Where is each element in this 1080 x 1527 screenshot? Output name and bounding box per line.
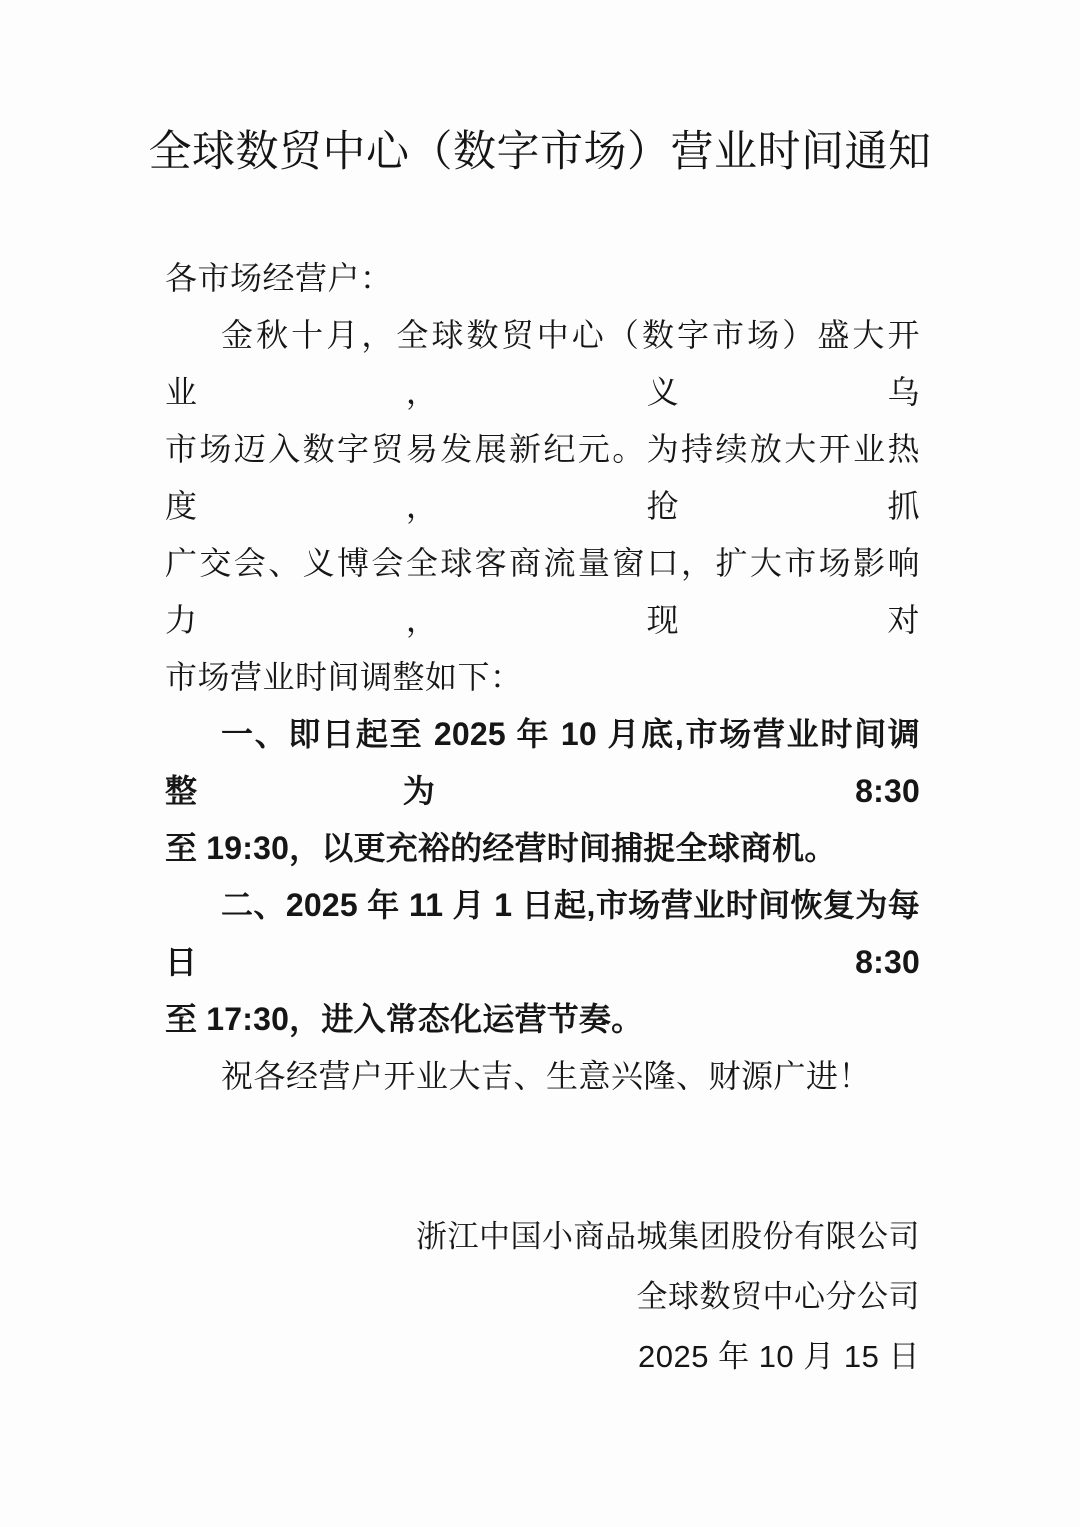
notice-document: 全球数贸中心（数字市场）营业时间通知 各市场经营户： 金秋十月，全球数贸中心（数… xyxy=(0,0,1080,1527)
item-2-line: 至 17:30，进入常态化运营节奏。 xyxy=(165,991,920,1048)
body-line: 市场迈入数字贸易发展新纪元。为持续放大开业热度，抢抓 xyxy=(165,421,920,535)
signature-company: 浙江中国小商品城集团股份有限公司 xyxy=(165,1207,920,1267)
notice-title: 全球数贸中心（数字市场）营业时间通知 xyxy=(0,0,1080,180)
item-1-line: 一、即日起至 2025 年 10 月底,市场营业时间调整为 8:30 xyxy=(165,706,920,820)
closing-wish: 祝各经营户开业大吉、生意兴隆、财源广进！ xyxy=(165,1048,920,1105)
body-line: 广交会、义博会全球客商流量窗口，扩大市场影响力，现对 xyxy=(165,535,920,649)
item-1-line: 至 19:30，以更充裕的经营时间捕捉全球商机。 xyxy=(165,820,920,877)
item-2-line: 二、2025 年 11 月 1 日起,市场营业时间恢复为每日 8:30 xyxy=(165,877,920,991)
signature-date: 2025 年 10 月 15 日 xyxy=(165,1327,920,1387)
body-line: 市场营业时间调整如下： xyxy=(165,649,920,706)
signature-block: 浙江中国小商品城集团股份有限公司 全球数贸中心分公司 2025 年 10 月 1… xyxy=(165,1207,920,1387)
salutation: 各市场经营户： xyxy=(165,250,920,307)
signature-branch: 全球数贸中心分公司 xyxy=(165,1267,920,1327)
body-line: 金秋十月，全球数贸中心（数字市场）盛大开业，义乌 xyxy=(165,307,920,421)
notice-body: 各市场经营户： 金秋十月，全球数贸中心（数字市场）盛大开业，义乌 市场迈入数字贸… xyxy=(0,180,1080,1387)
